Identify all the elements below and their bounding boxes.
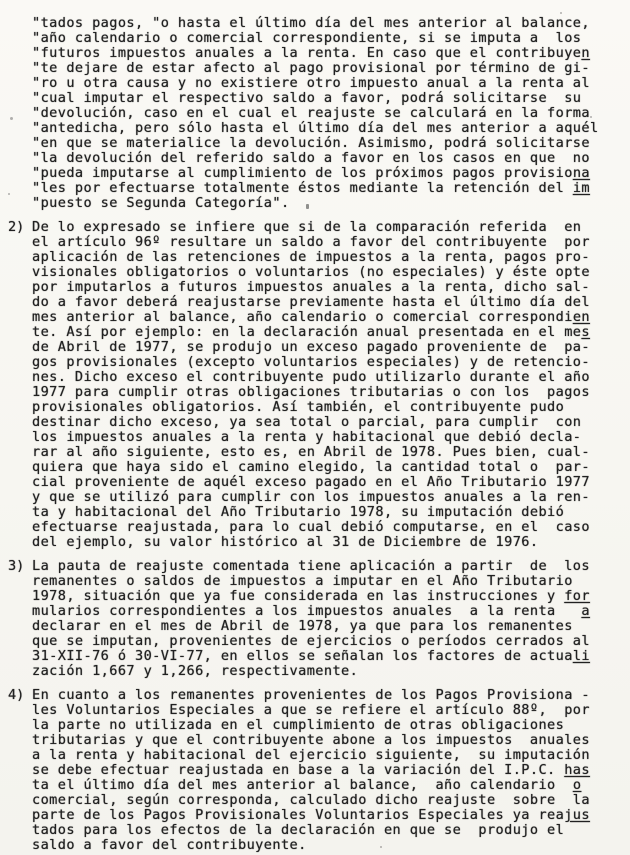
text-line: de Abril de 1977, se produjo un exceso p…	[32, 340, 624, 355]
text-line: "ro u otra causa y no existiere otro imp…	[32, 76, 624, 91]
text-line: saldo a favor del contribuyente.	[32, 838, 624, 853]
paragraph: 4)En cuanto a los remanentes proveniente…	[8, 688, 624, 853]
continuation-underline: o	[573, 777, 582, 793]
text-line: les Voluntarios Especiales a que se refi…	[32, 703, 624, 718]
text-line: "puesto se Segunda Categoría".	[32, 196, 624, 211]
scan-speck	[8, 193, 10, 195]
text-line: De lo expresado se infiere que si de la …	[32, 220, 624, 235]
text-line: remanentes o saldos de impuestos a imput…	[32, 574, 624, 589]
scan-speck	[380, 846, 382, 848]
text-line: ta el último día del mes anterior al bal…	[32, 778, 624, 793]
text-line: te. Así por ejemplo: en la declaración a…	[32, 325, 624, 340]
text-line: La pauta de reajuste comentada tiene apl…	[32, 559, 624, 574]
document-page: "tados pagos, "o hasta el último día del…	[0, 0, 630, 855]
paragraph-lines: La pauta de reajuste comentada tiene apl…	[32, 559, 624, 679]
continuation-underline: n	[581, 45, 590, 61]
text-line: gos provisionales (excepto voluntarios e…	[32, 355, 624, 370]
continuation-underline: jus	[564, 807, 590, 823]
continuation-underline: na	[573, 165, 590, 181]
text-line: 31-XII-76 ó 30-VI-77, en ellos se señala…	[32, 649, 624, 664]
text-line: declarar en el mes de Abril de 1978, ya …	[32, 619, 624, 634]
paragraph: 2)De lo expresado se infiere que si de l…	[8, 220, 624, 550]
text-line: ta y habitacional del Año Tributario 197…	[32, 505, 624, 520]
text-line: y que se utilizó para cumplir con los im…	[32, 490, 624, 505]
text-line: "la devolución del referido saldo a favo…	[32, 151, 624, 166]
text-line: cial proveniente de aquél exceso pagado …	[32, 475, 624, 490]
text-line: se debe efectuar reajustada en base a la…	[32, 763, 624, 778]
text-line: "te dejare de estar afecto al pago provi…	[32, 61, 624, 76]
scan-speck	[560, 12, 562, 14]
scan-speck	[10, 117, 13, 120]
continuation-underline: has	[564, 762, 590, 778]
paragraph-lines: De lo expresado se infiere que si de la …	[32, 220, 624, 550]
paragraph-number	[8, 16, 32, 211]
continuation-underline: a	[581, 603, 590, 619]
text-line: "pueda imputarse al cumplimiento de los …	[32, 166, 624, 181]
text-line: En cuanto a los remanentes provenientes …	[32, 688, 624, 703]
text-line: el artículo 96º resultare un saldo a fav…	[32, 235, 624, 250]
text-line: "cual imputar el respectivo saldo a favo…	[32, 91, 624, 106]
text-line: mes anterior al balance, año calendario …	[32, 310, 624, 325]
text-line: efectuarse reajustada, para lo cual debi…	[32, 520, 624, 535]
text-line: los impuestos anuales a la renta y habit…	[32, 430, 624, 445]
scan-speck	[590, 116, 592, 118]
text-line: mularios correspondientes a los impuesto…	[32, 604, 624, 619]
paragraph-lines: "tados pagos, "o hasta el último día del…	[32, 16, 624, 211]
paragraph-lines: En cuanto a los remanentes provenientes …	[32, 688, 624, 853]
text-line: que se imputan, provenientes de ejercici…	[32, 634, 624, 649]
text-line: parte de los Pagos Provisionales Volunta…	[32, 808, 624, 823]
paragraph: 3)La pauta de reajuste comentada tiene a…	[8, 559, 624, 679]
text-line: a la renta y habitacional del ejercicio …	[32, 748, 624, 763]
continuation-underline: en	[573, 309, 590, 325]
paragraph: "tados pagos, "o hasta el último día del…	[8, 16, 624, 211]
paragraph-number: 3)	[8, 559, 32, 679]
text-line: do a favor deberá reajustarse previament…	[32, 295, 624, 310]
continuation-underline: s	[581, 324, 590, 340]
text-line: comercial, según corresponda, calculado …	[32, 793, 624, 808]
text-line: la parte no utilizada en el cumplimiento…	[32, 718, 624, 733]
text-line: destinar dicho exceso, ya sea total o pa…	[32, 415, 624, 430]
text-line: provisionales obligatorios. Así también,…	[32, 400, 624, 415]
continuation-underline: for	[564, 588, 590, 604]
text-line: "en que se materialice la devolución. As…	[32, 136, 624, 151]
text-line: "les por efectuarse totalmente éstos med…	[32, 181, 624, 196]
continuation-underline: im	[573, 180, 590, 196]
text-line: 1978, situación que ya fue considerada e…	[32, 589, 624, 604]
paragraph-number: 4)	[8, 688, 32, 853]
text-line: "año calendario o comercial correspondie…	[32, 31, 624, 46]
text-line: aplicación de las retenciones de impuest…	[32, 250, 624, 265]
text-line: "devolución, caso en el cual el reajuste…	[32, 106, 624, 121]
paragraph-number: 2)	[8, 220, 32, 550]
text-line: visionales obligatorios o voluntarios (n…	[32, 265, 624, 280]
text-line: "futuros impuestos anuales a la renta. E…	[32, 46, 624, 61]
document-body: "tados pagos, "o hasta el último día del…	[8, 16, 624, 853]
text-line: nes. Dicho exceso el contribuyente pudo …	[32, 370, 624, 385]
text-line: del ejemplo, su valor histórico al 31 de…	[32, 535, 624, 550]
text-line: por imputarlos a futuros impuestos anual…	[32, 280, 624, 295]
scan-speck	[306, 204, 309, 209]
continuation-underline: li	[573, 648, 590, 664]
text-line: rar al año siguiente, esto es, en Abril …	[32, 445, 624, 460]
text-line: tados para los efectos de la declaración…	[32, 823, 624, 838]
text-line: 1977 para cumplir otras obligaciones tri…	[32, 385, 624, 400]
text-line: "antedicha, pero sólo hasta el último dí…	[32, 121, 624, 136]
text-line: tributarias y que el contribuyente abone…	[32, 733, 624, 748]
text-line: "tados pagos, "o hasta el último día del…	[32, 16, 624, 31]
text-line: quiera que haya sido el camino elegido, …	[32, 460, 624, 475]
text-line: zación 1,667 y 1,266, respectivamente.	[32, 664, 624, 679]
